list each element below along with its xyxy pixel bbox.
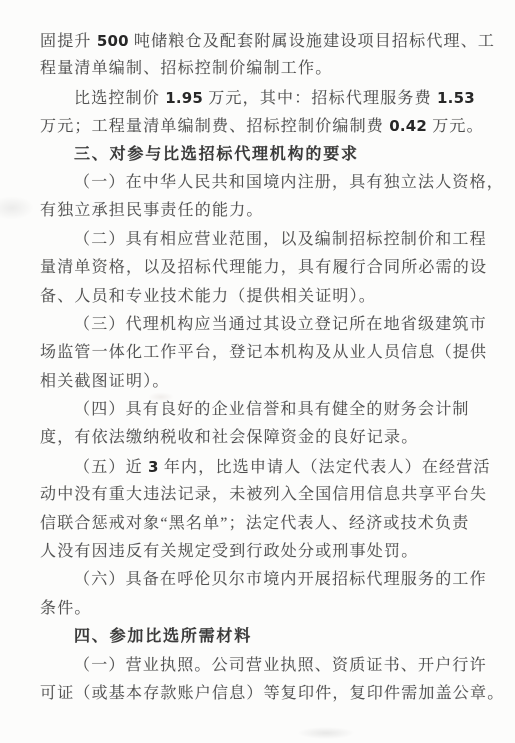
doc-line: （一）在中华人民共和国境内注册，具有独立法人资格，	[40, 169, 485, 197]
doc-line: （六）具备在呼伦贝尔市境内开展招标代理服务的工作	[40, 566, 485, 594]
doc-line: （二）具有相应营业范围，以及编制招标控制价和工程	[40, 226, 485, 254]
section-heading-4: 四、参加比选所需材料	[40, 623, 485, 651]
doc-line: （五）近 3 年内，比选申请人（法定代表人）在经营活	[40, 453, 485, 481]
doc-line: （四）具有良好的企业信誉和具有健全的财务会计制	[40, 396, 485, 424]
doc-line: 条件。	[40, 595, 485, 623]
scan-smudge	[0, 196, 34, 220]
doc-line: （一）营业执照。公司营业执照、资质证书、开户行许	[40, 652, 485, 680]
doc-line: 人没有因违反有关规定受到行政处分或刑事处罚。	[40, 538, 485, 566]
scan-smudge	[298, 727, 354, 739]
doc-line: 相关截图证明）。	[40, 368, 485, 396]
doc-line: 可证（或基本存款账户信息）等复印件，复印件需加盖公章。	[40, 680, 485, 708]
section-heading-3: 三、对参与比选招标代理机构的要求	[40, 141, 485, 169]
doc-line: （三）代理机构应当通过其设立登记所在地省级建筑市	[40, 311, 485, 339]
doc-line: 场监管一体化工作平台，登记本机构及从业人员信息（提供	[40, 339, 485, 367]
doc-line: 量清单资格，以及招标代理能力，具有履行合同所必需的设	[40, 254, 485, 282]
document-page: 固提升 500 吨储粮仓及配套附属设施建设项目招标代理、工 程量清单编制、招标控…	[0, 0, 515, 743]
doc-line: 动中没有重大违法记录，未被列入全国信用信息共享平台失	[40, 481, 485, 509]
doc-line: 固提升 500 吨储粮仓及配套附属设施建设项目招标代理、工	[40, 27, 485, 55]
doc-line: 程量清单编制、招标控制价编制工作。	[40, 55, 485, 83]
doc-line: 有独立承担民事责任的能力。	[40, 197, 485, 225]
doc-line: 万元；工程量清单编制费、招标控制价编制费 0.42 万元。	[40, 112, 485, 140]
doc-line: 信联合惩戒对象“黑名单”；法定代表人、经济或技术负责	[40, 510, 485, 538]
doc-line: 度，有依法缴纳税收和社会保障资金的良好记录。	[40, 424, 485, 452]
document-text-block: 固提升 500 吨储粮仓及配套附属设施建设项目招标代理、工 程量清单编制、招标控…	[40, 27, 485, 708]
doc-line: 比选控制价 1.95 万元，其中：招标代理服务费 1.53	[40, 84, 485, 112]
doc-line: 备、人员和专业技术能力（提供相关证明）。	[40, 283, 485, 311]
